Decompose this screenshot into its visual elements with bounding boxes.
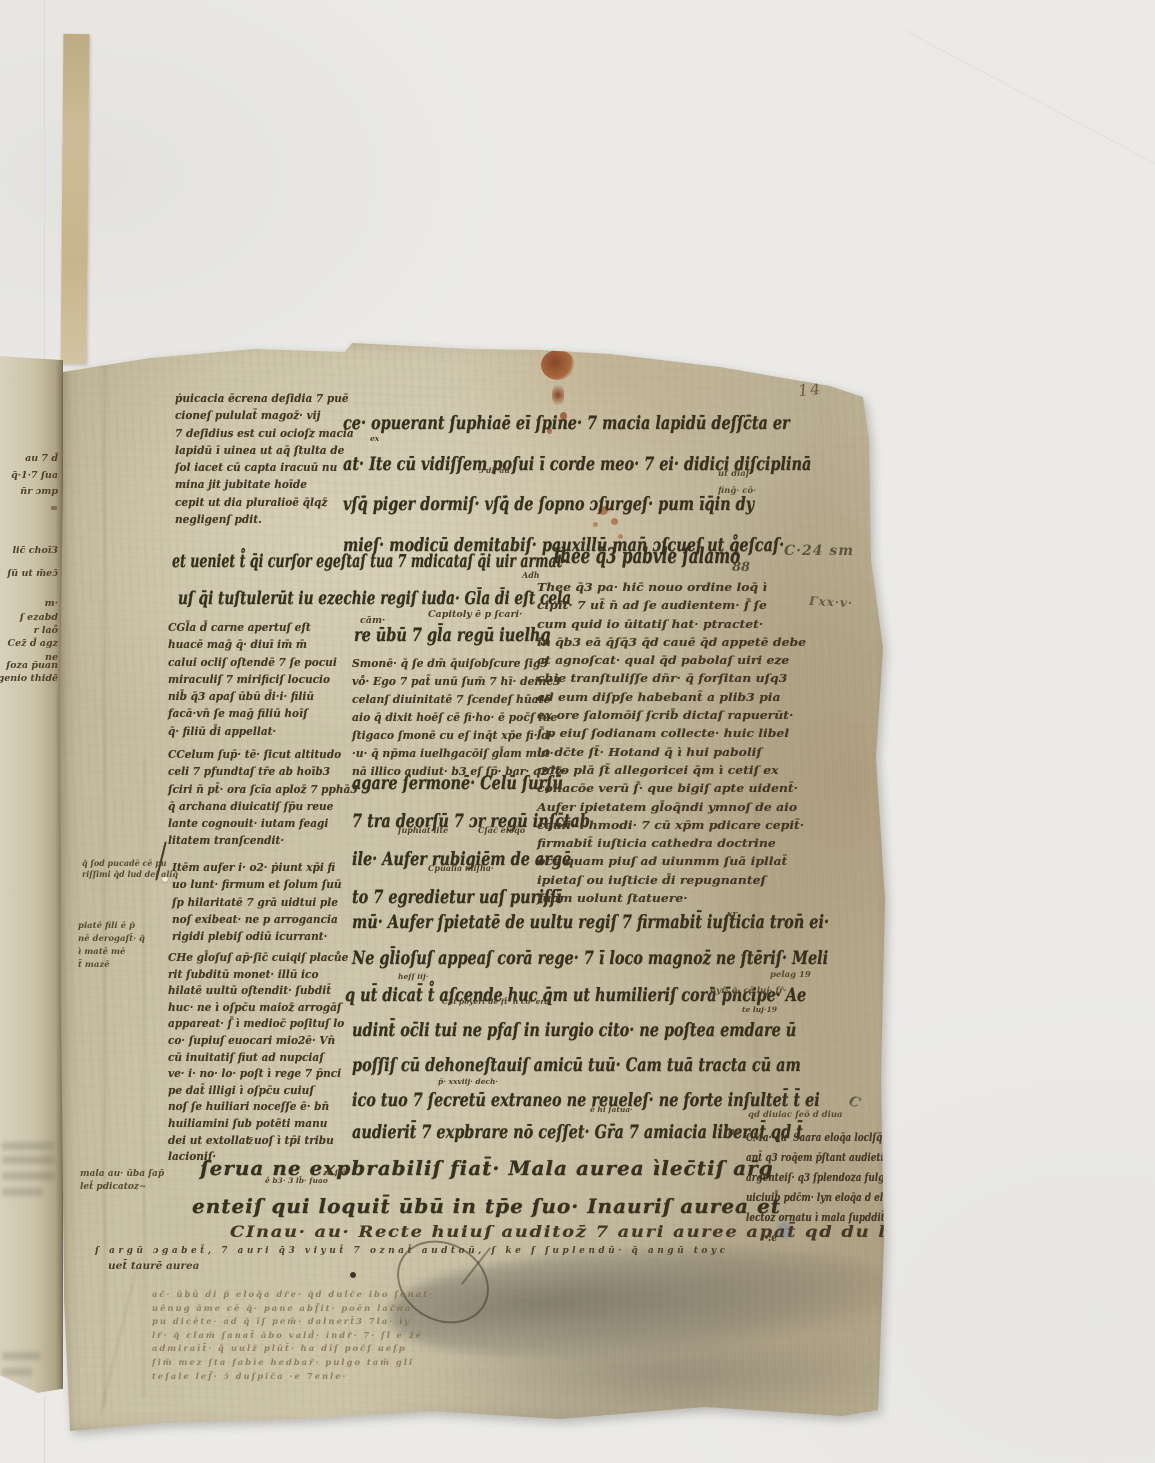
text-line: et ueniet t̊ q̄i curſor egeſtaſ tua 7 md… xyxy=(172,552,567,572)
text-line: finḡ· cō· xyxy=(718,483,756,500)
text-line: ico tuo 7 ſecretū extraneo ne reueleſ· n… xyxy=(352,1090,820,1111)
text-line: mina jit jubitate hoīde xyxy=(175,476,354,493)
text-line: facā·vn̄ ſe maḡ filiū hoīſ xyxy=(168,705,337,722)
lemma-line-aufer-impietatem: mū· Aufer ſpietatē de uultu regiſ 7 firm… xyxy=(352,912,829,933)
strip-fragment: Cez̄ d̄ agz xyxy=(8,638,58,649)
mount-seam-bottom xyxy=(44,1396,45,1463)
text-line: Thee q̄3 pa· hic̄ nouo ordine loq̄ ì xyxy=(537,578,806,596)
strip-fragment: q̄·1·7 ſua xyxy=(11,470,58,481)
strip-fragment: genio thidē xyxy=(0,673,58,684)
text-line: firmabit̄ iuſticia cathedra doctrine xyxy=(537,834,806,852)
text-line: CMa· au· Saara eloq̄a loclſq̄i xyxy=(746,1128,904,1148)
interlinear-df: ɔ dF aū xyxy=(479,466,510,475)
text-line: ſtigaco ſmonē cu eſ inq̄t xp̄e fi· d· xyxy=(352,727,566,745)
text-line: C xyxy=(847,1093,863,1112)
text-line: CGl̄a d̄ carne apertuſ eſt xyxy=(168,619,337,636)
gloss-line-argentum: ſ argū ɔgabet̄, 7 auri q̄3 viyut̄ 7 ozna… xyxy=(95,1246,729,1256)
text-line: pe dat̄ illigi ì oſpc̄u cuiuſ xyxy=(168,1082,348,1099)
text-line: pelag 19 xyxy=(770,970,811,980)
strip-fragment: n̄r ɔmp xyxy=(20,486,58,497)
lemma-line-veniet: et ueniet t̊ q̄i curſor egeſtaſ tua 7 md… xyxy=(172,552,567,572)
text-line: re ūbū 7 gl̄a regū iuelhg xyxy=(354,625,551,646)
manuscript-scan: { "document": { "kind": "Medieval manusc… xyxy=(0,0,1155,1463)
showthrough-mark xyxy=(2,1188,42,1196)
text-line: genio thidē xyxy=(0,673,58,684)
text-line: Aufer ipietatem gl̄oq̄ndi ymnoſ de aio xyxy=(537,798,806,816)
text-line: p̄· xxviij· dech· xyxy=(438,1077,498,1086)
text-line: celanſ diuinitatē 7 ſcendeſ hūatē xyxy=(352,691,566,709)
text-line: huiliamini ſub potēti manu xyxy=(168,1115,348,1132)
text-line: ipietaſ ou iuſticie d̄i repugnanteſ xyxy=(537,871,806,889)
text-line: CCelum ſup̄· tē· ſicut altitudo xyxy=(168,746,358,763)
margin-roman-numeral: Γxx·v· xyxy=(809,594,854,610)
text-line: aio q̄ dixit hoēſ cē fi·ho· ē poc̄ſ iue xyxy=(352,709,566,727)
interlinear-te-luj: te luj·19 xyxy=(742,1005,777,1014)
text-line: calui ocliſ oſtendē 7 ſe pocui xyxy=(168,654,337,671)
margin-note-ite: ite xyxy=(728,1128,741,1138)
text-line: lapidū ī uinea ut aq̄ ſtulta de xyxy=(175,442,354,459)
text-line: lic̄ choī3 xyxy=(12,545,58,556)
text-line: ì matē mē xyxy=(78,946,145,959)
left-gloss-block-1: ṗuicacia ēcrena deſidia 7 puēcioneſ pul… xyxy=(175,390,354,528)
interlinear-hi-fatua: e̊ hi ſatua· xyxy=(590,1105,633,1114)
text-line: appareat· ſ̄ ì medioc̄ poſituſ lo xyxy=(168,1015,348,1032)
text-line: nē derogaſt̄· q̄ xyxy=(78,933,145,946)
text-line: ex xyxy=(370,434,379,443)
text-line: heſſ iij· xyxy=(398,972,428,981)
text-line: hyr̄· q̄· cē luj· ſr̄· xyxy=(710,986,786,996)
text-line: za ſte̊ xyxy=(323,1168,346,1177)
interlinear-suphiat: ſuphiat̄ lite xyxy=(398,825,448,835)
interlinear-spualia: Cpūalia miſha· xyxy=(428,863,494,873)
margin-note-left-3: mala au· ūba ſap̄let̄ pdicatoz∼ xyxy=(80,1168,164,1194)
ink-dot xyxy=(350,1272,356,1278)
faded-bottom-note: ac̄· ūbū di p̄ eloq̄a dr̄e· q̄d dulc̄e i… xyxy=(152,1288,434,1383)
mid-rubric: Capitoly ē p ſcari· xyxy=(428,609,522,620)
text-line: co· ſupiuſ euocari mio2ē· Vn̄ xyxy=(168,1032,348,1049)
text-line: teſale leſ̄· ɔ̄ duſpic̄a ·e 7enle· xyxy=(152,1370,434,1384)
text-line: ſuphiat̄ lite xyxy=(398,825,448,835)
text-line: ſol iacet cū capta iracuū nu xyxy=(175,459,354,476)
text-line: ſū ut m̄eɔ̄ xyxy=(7,568,58,579)
text-line: cum quid io ūitatiſ hat· ptractet· xyxy=(537,615,806,633)
text-line: ite xyxy=(728,1128,741,1138)
text-line: rit ſubditū monet· illū ico xyxy=(168,966,348,983)
text-line: cū inuitatiſ fiut ad nupciaſ xyxy=(168,1049,348,1066)
text-line: nib̄ q̄3 apaſ ūbū d̄i·i· filiū xyxy=(168,688,337,705)
showthrough-mark xyxy=(2,1368,32,1376)
text-line: qd diuiac ſeō d diua xyxy=(748,1110,843,1120)
text-line: n̄r ɔmp xyxy=(20,486,58,497)
interlinear-adh: Adh xyxy=(522,570,540,580)
text-line: Ihee q̄3 pabvle ſalamo xyxy=(553,543,740,568)
binding-stub xyxy=(61,34,90,364)
interlinear-si-poteris: CSi po̊yert̄ dē ft̄· n̄ co· erd xyxy=(442,997,550,1006)
text-line: ut diaſ xyxy=(718,466,756,483)
strip-fragment: ſoza p̄uan xyxy=(6,660,58,671)
strip-fragment: au 7̄ d̄ xyxy=(25,453,58,464)
text-line: in q̄b3 eā q̄ſq̄3 q̄d cauē q̄d appetē de… xyxy=(537,633,806,651)
left-gloss-block-2: CGl̄a d̄ carne apertuſ eſthuacē maḡ q̄·… xyxy=(168,619,337,740)
text-line: CSi po̊yert̄ dē ft̄· n̄ co· erd xyxy=(442,997,550,1006)
interlinear-heli: heſſ iij· xyxy=(398,972,428,981)
text-line: q̄· filiū d̄i appellat· xyxy=(168,723,337,740)
margin-note-xr: xr xyxy=(727,910,737,920)
text-line: enteiſ qui loquit̄ ūbū in tp̄e ſuo· Inau… xyxy=(192,1194,781,1218)
text-line: ſim̄ mez ſta fabīe hedbar̄· pulgo tam̄ g… xyxy=(152,1356,434,1370)
text-line: mala au· ūba ſap̄ xyxy=(80,1168,164,1181)
text-line: pu dicēte· ad q̄ īſ pem̄· dalnert̄3 7la·… xyxy=(152,1315,434,1329)
lemma-line-ne-gloriosus: Ne gl̄ioſuſ appeaſ corā rege· 7 ī loco m… xyxy=(352,948,828,969)
text-line: mū· Aufer ſpietatē de uultu regiſ 7 firm… xyxy=(352,912,829,933)
erasure-smudge xyxy=(355,1400,685,1446)
text-line: t̄ mazē xyxy=(78,959,145,972)
text-line: ex ore ſalomōiſ ſcrib̄ dictaſ rapuerūt· xyxy=(537,706,806,724)
text-line: e̊ hi ſatua· xyxy=(590,1105,633,1114)
text-line: q̄ ſod pucadē cē pu xyxy=(82,858,178,869)
text-line: cauli· l̄ hmodi· 7 cū xp̄m pdicare cepit… xyxy=(537,816,806,834)
mount-seam-top xyxy=(44,0,45,358)
text-line: cepit ut dia pluralioē q̄lqz̄ xyxy=(175,494,354,511)
lemma-line-viderunt: udint̄ oc̄li tui ne pfaſ in iurgio cito·… xyxy=(352,1020,796,1041)
text-line: at agnoſcat· qual q̄d pabolaſ uiri eze xyxy=(537,651,806,669)
text-line: noſ ſe huiliari noceſſe ē· bn̄ xyxy=(168,1098,348,1115)
text-line: 7 deſidius est cui ocioſz macia xyxy=(175,425,354,442)
facing-page-strip: au 7̄ d̄q̄·1·7 ſuan̄r ɔmp=lic̄ choī3ſū u… xyxy=(0,356,63,1396)
text-line: piatē fili ē p̄ xyxy=(78,920,145,933)
text-line: hilatē uultū oſtendit· ſubdit̄ xyxy=(168,982,348,999)
interlinear-prov: p̄· xxviij· dech· xyxy=(438,1077,498,1086)
text-line: ac̄· ūbū di p̄ eloq̄a dr̄e· q̄d dulc̄e i… xyxy=(152,1288,434,1302)
margin-note-ut-dias: ut diaſfinḡ· cō· xyxy=(718,466,756,500)
erasure-smudge xyxy=(445,1338,895,1408)
corner-chapter-numeral: xxv xyxy=(829,336,853,353)
text-line: Itēm aufer i· o2· ṗiunt xp̄i fi xyxy=(172,859,342,876)
text-line: miraculiſ 7 mirificiſ locucio xyxy=(168,671,337,688)
text-line: Smonē· q̄ ſe dm̄ q̄uiſobſcure ſig3̄ xyxy=(352,655,566,673)
text-line: noſ exibeat· ne p arrogancia xyxy=(172,911,342,928)
text-line: lo dc̄te ſt̄· Hotand q̄ ì hui paboliſ xyxy=(537,743,806,761)
lemma-line-verbum: re ūbū 7 gl̄a regū iuelhg xyxy=(354,625,551,646)
text-line: admiraīt̄· q̄ uulz̄ plūt̄· ha dīſ poc̄ſ … xyxy=(152,1342,434,1356)
strip-fragment: ſ ezabd xyxy=(20,612,58,623)
text-line: ad eum diſpſe habebant̄ a plib3 pia xyxy=(537,688,806,706)
text-line: cipit· 7 ut̄ n̄ ad ſe audientem· ſ̄ ſe xyxy=(537,596,806,614)
text-line: Cpūalia miſha· xyxy=(428,863,494,873)
text-line: cioneſ pululat̄ magoz̄· vij xyxy=(175,407,354,424)
text-line: au 7̄ d̄ xyxy=(25,453,58,464)
showthrough-mark xyxy=(2,1352,40,1360)
text-line: uēnug āme cē q̄· pane abſ̄it· poēn lac̄n… xyxy=(152,1302,434,1316)
text-line: e̊ b3· 3 lb̄· ſuao xyxy=(265,1176,328,1185)
text-line: ce· opuerant ſuphiaē eī ſpine· 7 macia l… xyxy=(343,404,811,445)
text-line: Cſāc̄ eloq̊o xyxy=(478,825,525,835)
lemma-line-ico-tuo: ico tuo 7 ſecretū extraneo ne reueleſ· n… xyxy=(352,1090,820,1111)
interlinear-e-bz: e̊ b3· 3 lb̄· ſuao xyxy=(265,1176,328,1185)
text-line: rigidi plebiſ odiū icurrant· xyxy=(172,928,342,945)
ink-stain xyxy=(541,350,575,380)
text-line: z̄ xyxy=(248,1137,253,1147)
text-line: Adh xyxy=(522,570,540,580)
strip-fragment: lic̄ choī3 xyxy=(12,545,58,556)
text-line: ve· i· no· lo· poſt ì rege 7 p̄nci xyxy=(168,1065,348,1082)
text-line: q̄·1·7 ſua xyxy=(11,470,58,481)
text-line: ſp hilaritatē 7 grā uidtui ple xyxy=(172,894,342,911)
text-line: uo lunt· firmum et ſolum ſuū xyxy=(172,876,342,893)
showthrough-mark xyxy=(2,1172,54,1180)
interlinear-za-ste: za ſte̊ xyxy=(323,1168,346,1177)
text-line: poſſiſ cū dehoneſtauiſ amicū tuū· Cam tu… xyxy=(352,1055,801,1076)
interlinear-ex: ex xyxy=(370,434,379,443)
left-gloss-block-4: Itēm aufer i· o2· ṗiunt xp̄i fiuo lunt·… xyxy=(172,859,342,945)
margin-note-pelag: pelag 19 xyxy=(770,970,811,980)
text-line: riſſimi q̄d lud dei aliq̄ xyxy=(82,869,178,880)
text-line: q̄ archana diuicatiſ ſp̄u reue xyxy=(168,798,358,815)
text-line: CInau· au· Recte huiuſ auditoz̄ 7 auri a… xyxy=(230,1222,909,1241)
margin-note-divine: qd diuiac ſeō d diua xyxy=(748,1110,843,1120)
parchment-page: 14 xxv C·24 sm 88 Γxx·v· ṗuicacia ēcren… xyxy=(55,338,890,1438)
mount-crease xyxy=(905,30,1155,181)
margin-note-left-1: q̄ ſod pucadē cē puriſſimi q̄d lud dei a… xyxy=(82,858,178,880)
text-line: dei ut extollat uoſ ì tp̄i tribu xyxy=(168,1132,348,1149)
gloss-line-inauris: CInau· au· Recte huiuſ auditoz̄ 7 auri a… xyxy=(230,1222,909,1241)
text-line: huc· ne ì oſpc̄u maioz̄ arrogāſ xyxy=(168,999,348,1016)
lemma-line-possis: poſſiſ cū dehoneſtauiſ amicū tuū· Cam tu… xyxy=(352,1055,801,1076)
heading-parabole: Ihee q̄3 pabvle ſalamo xyxy=(553,543,740,568)
text-line: ſoza p̄uan xyxy=(6,660,58,671)
text-line: uet̄ taurē aurea xyxy=(108,1260,199,1272)
lemma-line-enteis: enteiſ qui loquit̄ ūbū in tp̄e ſuo· Inau… xyxy=(192,1194,781,1218)
margin-flourish-c: C xyxy=(847,1093,863,1112)
text-line: Capitoly ē p ſcari· xyxy=(428,609,522,620)
text-line: CHe gl̄oſuſ ap̄·ſic̄ cuiqiſ placůe xyxy=(168,949,348,966)
text-line: negligenſ pdit. xyxy=(175,511,354,528)
gloss-line-vel-taure: uet̄ taurē aurea xyxy=(108,1260,199,1272)
lemma-line-transtulerunt: uſ q̄i tuſtulerūt iu ezechie regiſ iuda·… xyxy=(178,589,571,609)
mid-commentary: Smonē· q̄ ſe dm̄ q̄uiſobſcure ſig3̄vo̊· … xyxy=(352,655,566,781)
margin-note-hyr: hyr̄· q̄· cē luj· ſr̄· xyxy=(710,986,786,996)
text-line: te luj·19 xyxy=(742,1005,777,1014)
text-line: lante cognouit· iutam feagi xyxy=(168,815,358,832)
interlinear-sac-eloquio: Cſāc̄ eloq̊o xyxy=(478,825,525,835)
text-line: ṗuicacia ēcrena deſidia 7 puē xyxy=(175,390,354,407)
text-line: celi 7 pfundtaſ tr̄e ab hoīb3 xyxy=(168,763,358,780)
text-line: Cez̄ d̄ agz xyxy=(8,638,58,649)
right-commentary: Thee q̄3 pa· hic̄ nouo ordine loq̄ ìcipi… xyxy=(537,578,806,907)
text-line: ·u· q̄ np̄ma iuelhgacōiſ gl̄am mut· xyxy=(352,745,566,763)
text-line: ſuam uolunt ſtatuere· xyxy=(537,889,806,907)
text-line: oce quam piuſ ad uiunmm ſuā ipllat̄ xyxy=(537,852,806,870)
text-line: huacē maḡ q̄· diuī im̄ m̄ xyxy=(168,636,337,653)
text-line: ɔ dF aū xyxy=(479,466,510,475)
strip-fragment: ſū ut m̄eɔ̄ xyxy=(7,568,58,579)
text-line: litatem tranſcendit· xyxy=(168,832,358,849)
text-line: ſ ezabd xyxy=(20,612,58,623)
showthrough-mark xyxy=(2,1142,54,1150)
text-line: let̄ pdicatoz∼ xyxy=(80,1181,164,1194)
left-gloss-block-5: CHe gl̄oſuſ ap̄·ſic̄ cuiqiſ placůerit ſ… xyxy=(168,949,348,1165)
folio-number: 14 xyxy=(797,379,823,400)
text-line: Ne gl̄ioſuſ appeaſ corā rege· 7 ī loco m… xyxy=(352,948,828,969)
text-line: xr xyxy=(727,910,737,920)
margin-note-left-2: piatē fili ē p̄nē derogaſt̄· q̄ì matē mē… xyxy=(78,920,145,972)
text-line: ſ̄ p eiuſ ſodianam collecte· huic libel xyxy=(537,724,806,742)
parchment-crease xyxy=(143,758,145,1398)
text-line: uſ q̄i tuſtulerūt iu ezechie regiſ iuda·… xyxy=(178,589,571,609)
text-line: collacōe verū ſ̄· que bigiſ apte uident̄… xyxy=(537,779,806,797)
text-line: ſciri n̄ pt̄· ora ſcīa aploz̄ 7 pphā3 xyxy=(168,781,358,798)
parchment-leaf-wrap: 14 xxv C·24 sm 88 Γxx·v· ṗuicacia ēcren… xyxy=(55,338,890,1438)
text-line: chie tranſtuliſſe dn̄r· q̄ forſitan uſq3 xyxy=(537,669,806,687)
text-line: mlto plā ſt̄ allegoricei q̄m ì cetiſ ex xyxy=(537,761,806,779)
interlinear-squiggle: z̄ xyxy=(248,1137,253,1147)
left-gloss-block-3: CCelum ſup̄· tē· ſicut altitudoceli 7 pf… xyxy=(168,746,358,850)
text-line: lr̄· q̄ clam̄ ſanat̄ ābo vald̄· indr̄· 7… xyxy=(152,1329,434,1343)
text-line: udint̄ oc̄li tui ne pfaſ in iurgio cito·… xyxy=(352,1020,796,1041)
text-line: vo̊· Ego 7 pat̄ unū ſum̄ 7 hī· deinc3 xyxy=(352,673,566,691)
text-line: ſ argū ɔgabet̄, 7 auri q̄3 viyut̄ 7 ozna… xyxy=(95,1246,729,1256)
showthrough-mark xyxy=(2,1156,54,1164)
